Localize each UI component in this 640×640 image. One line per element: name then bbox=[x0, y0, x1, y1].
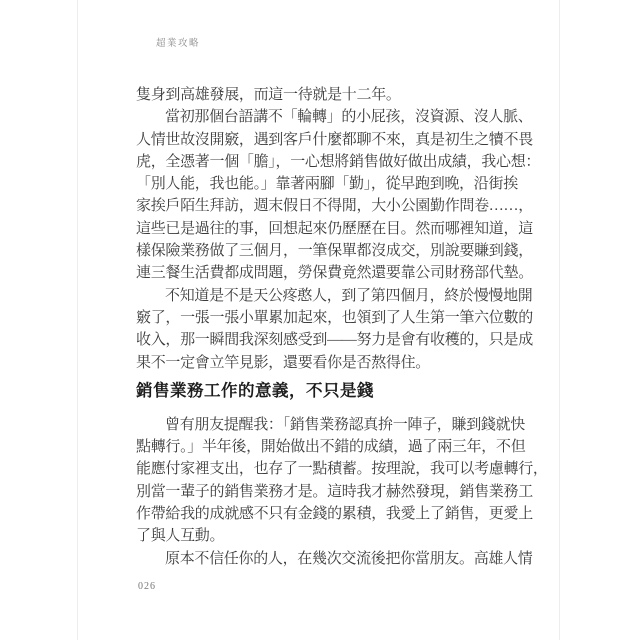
paragraph-line: 了與人互動。 bbox=[136, 525, 538, 547]
paragraph-line: 別當一輩子的銷售業務才是。這時我才赫然發現，銷售業務工 bbox=[136, 481, 538, 503]
running-header-book-title: 超業攻略 bbox=[156, 38, 200, 50]
book-page: 超業攻略 隻身到高雄發展，而這一待就是十二年。當初那個台語講不「輪轉」的小屁孩，… bbox=[77, 0, 560, 640]
paragraph-line: 不知道是不是天公疼憨人，到了第四個月，終於慢慢地開 bbox=[136, 285, 538, 307]
paragraph-line: 人情世故沒開竅，遇到客戶什麼都聊不來，真是初生之犢不畏 bbox=[136, 129, 538, 151]
screenshot-viewport: 超業攻略 隻身到高雄發展，而這一待就是十二年。當初那個台語講不「輪轉」的小屁孩，… bbox=[0, 0, 640, 640]
paragraph-line: 虎，全憑著一個「膽」，一心想將銷售做好做出成績，我心想： bbox=[136, 151, 538, 173]
paragraph-line: 樣保險業務做了三個月，一筆保單都沒成交，別說要賺到錢， bbox=[136, 240, 538, 262]
section-heading: 銷售業務工作的意義，不只是錢 bbox=[136, 379, 538, 403]
paragraph-line: 家挨戶陌生拜訪，週末假日不得閒，大小公園勤作問卷……， bbox=[136, 195, 538, 217]
paragraph-line: 作帶給我的成就感不只有金錢的累積，我愛上了銷售，更愛上 bbox=[136, 503, 538, 525]
paragraph-line: 當初那個台語講不「輪轉」的小屁孩，沒資源、沒人脈、 bbox=[136, 106, 538, 128]
paragraph-line: 竅了，一張一張小單累加起來，也領到了人生第一筆六位數的 bbox=[136, 307, 538, 329]
paragraph-line: 能應付家裡支出，也存了一點積蓄。按理說，我可以考慮轉行， bbox=[136, 458, 538, 480]
paragraph-line: 原本不信任你的人，在幾次交流後把你當朋友。高雄人情 bbox=[136, 548, 538, 570]
paragraph-line: 「別人能，我也能。」靠著兩腳「勤」，從早跑到晚，沿街挨 bbox=[136, 173, 538, 195]
paragraph-line: 連三餐生活費都成問題，勞保費竟然還要靠公司財務部代墊。 bbox=[136, 262, 538, 284]
paragraph-line: 隻身到高雄發展，而這一待就是十二年。 bbox=[136, 84, 538, 106]
paragraph-line: 收入，那一瞬間我深刻感受到——努力是會有收穫的，只是成 bbox=[136, 329, 538, 351]
page-body: 隻身到高雄發展，而這一待就是十二年。當初那個台語講不「輪轉」的小屁孩，沒資源、沒… bbox=[136, 84, 538, 570]
paragraph-line: 這些已是過往的事，回想起來仍歷歷在目。然而哪裡知道，這 bbox=[136, 218, 538, 240]
paragraph-line: 果不一定會立竿見影，還要看你是否熬得住。 bbox=[136, 352, 538, 374]
paragraph-line: 曾有朋友提醒我：「銷售業務認真拚一陣子，賺到錢就快 bbox=[136, 414, 538, 436]
page-number: 026 bbox=[138, 581, 156, 592]
paragraph-line: 點轉行。」半年後，開始做出不錯的成績，過了兩三年，不但 bbox=[136, 436, 538, 458]
